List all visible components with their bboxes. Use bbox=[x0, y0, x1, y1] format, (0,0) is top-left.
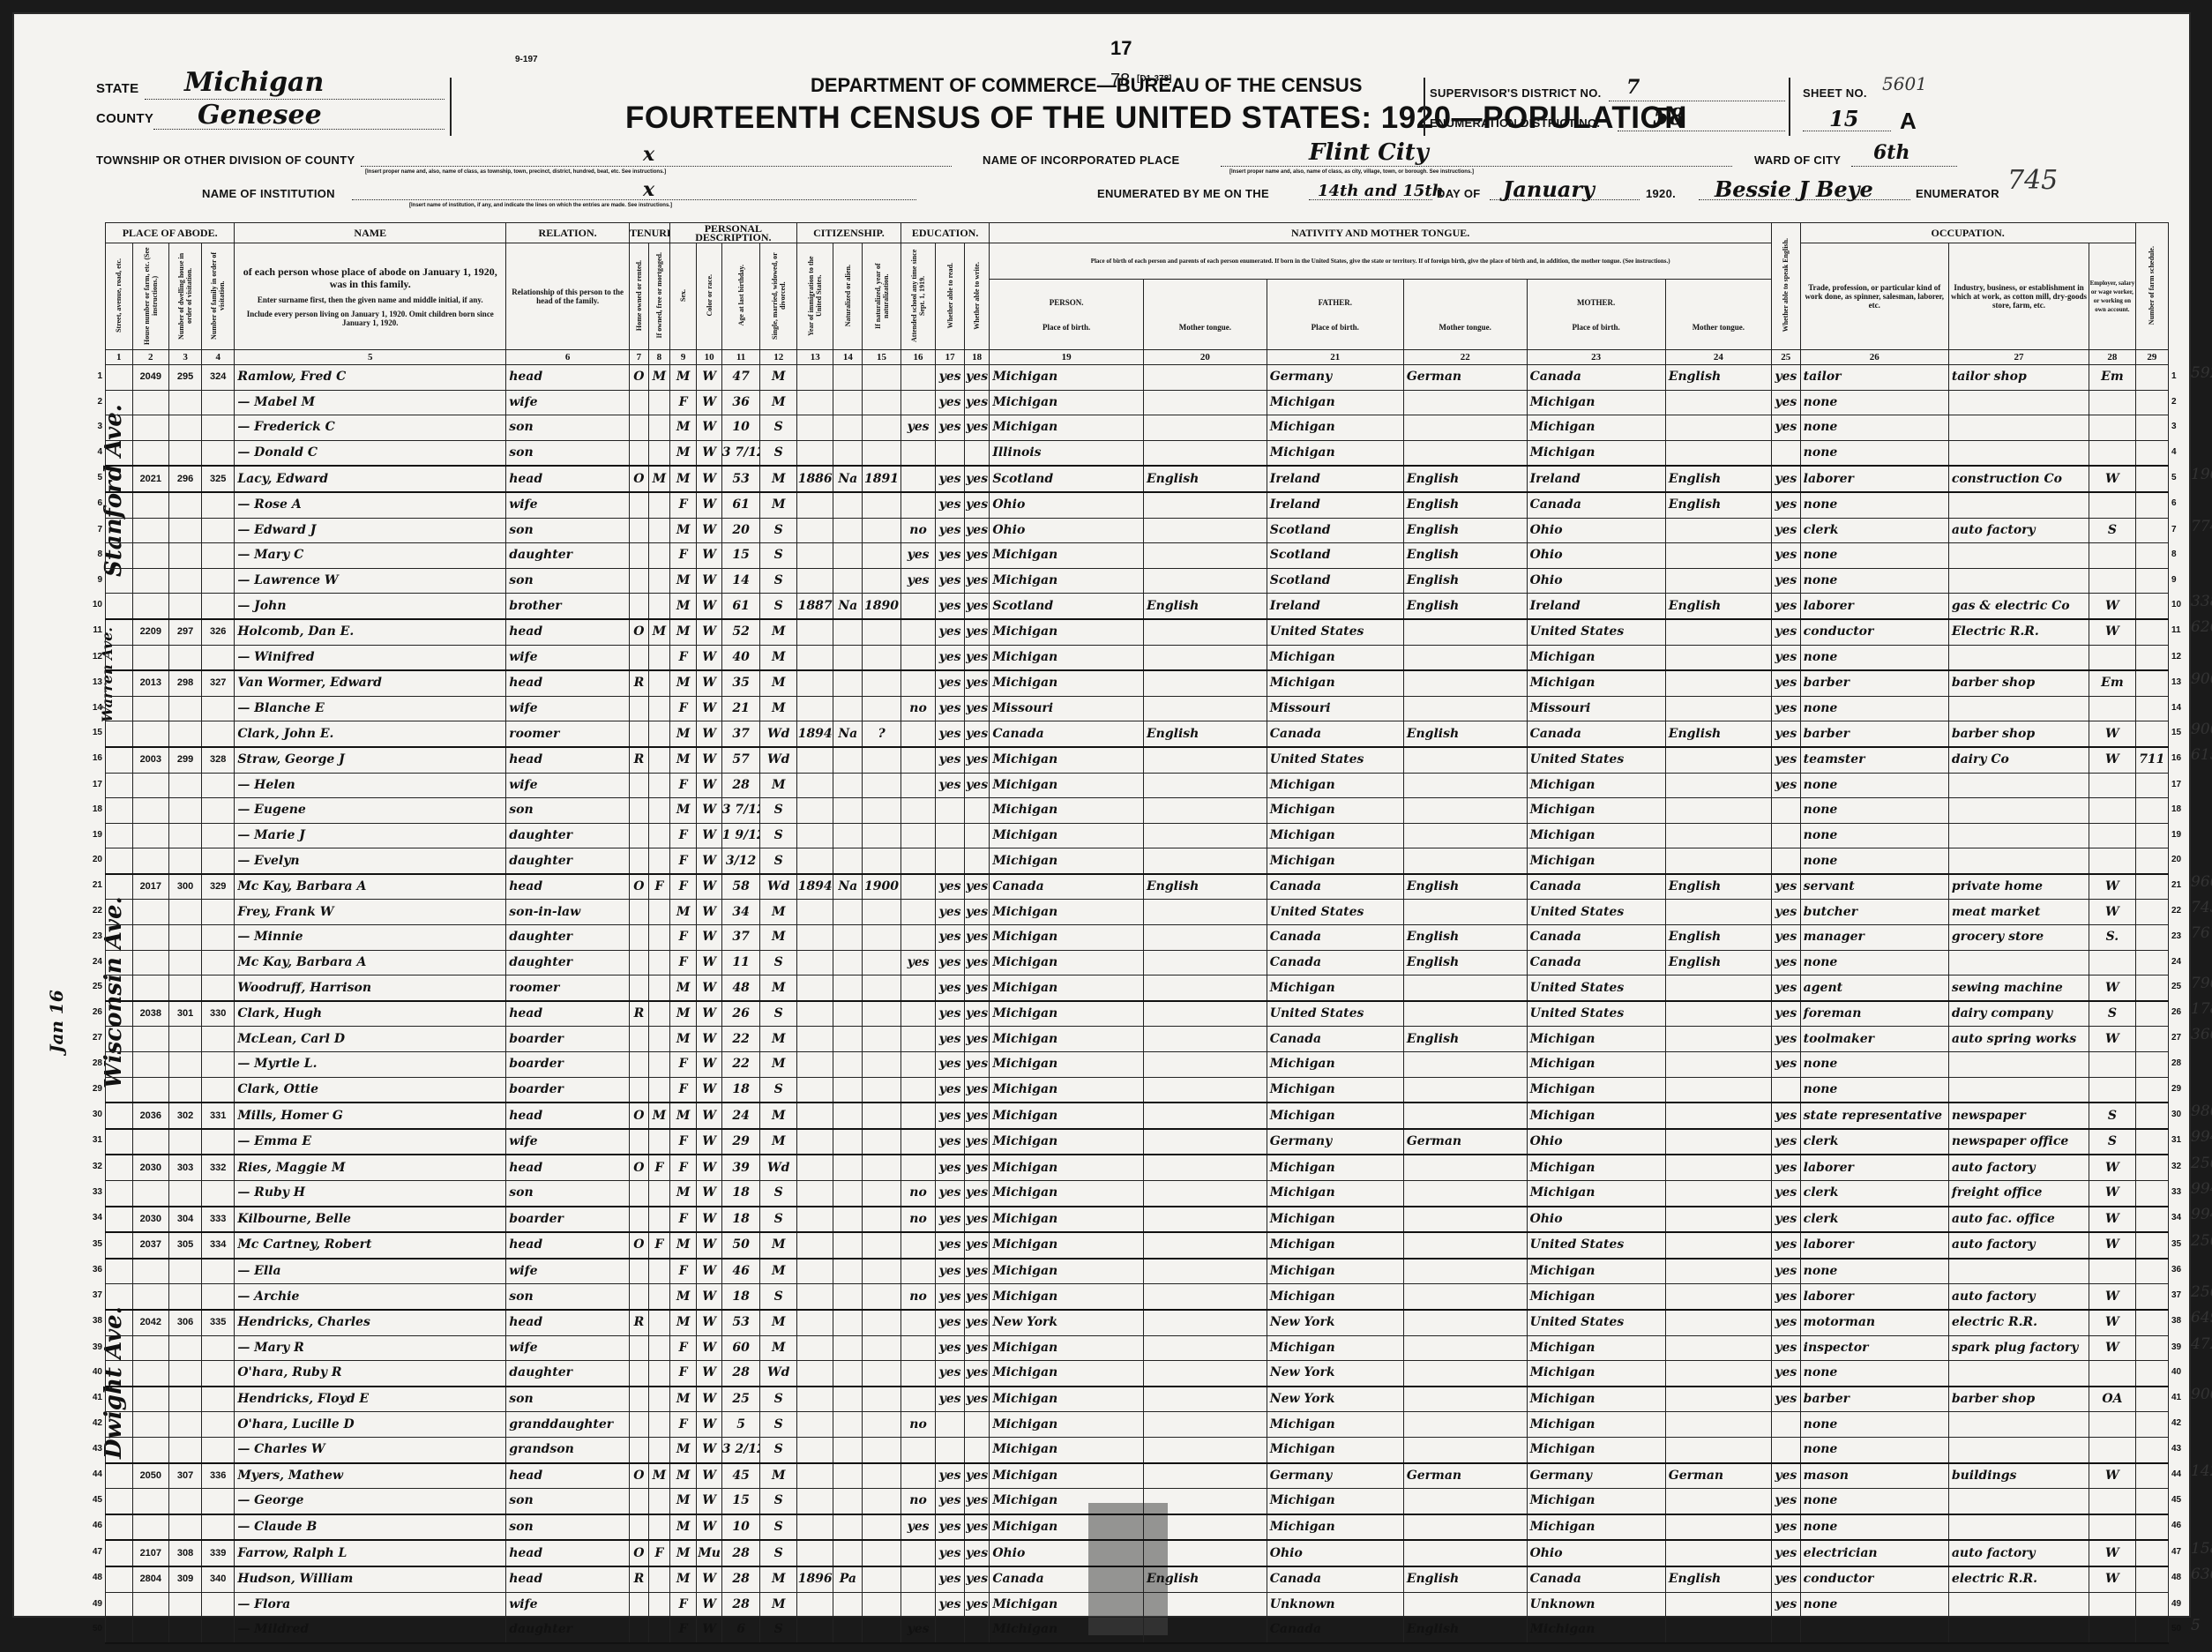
cell-trade: tailor bbox=[1800, 365, 1948, 391]
cell-imm bbox=[796, 1001, 833, 1027]
cell-marital: M bbox=[760, 619, 797, 645]
cell-industry bbox=[1948, 1489, 2089, 1514]
cell-f_tongue bbox=[1403, 848, 1527, 874]
cell-school bbox=[900, 721, 935, 747]
cell-age: 22 bbox=[721, 1027, 760, 1052]
cell-marital: M bbox=[760, 1129, 797, 1155]
cell-natyr bbox=[863, 1129, 901, 1155]
cell-f_pob: Michigan bbox=[1267, 1077, 1403, 1103]
cell-dwelling bbox=[169, 492, 202, 518]
cell-write: yes bbox=[964, 1335, 989, 1361]
cell-imm bbox=[796, 900, 833, 925]
cell-imm bbox=[796, 543, 833, 569]
cell-pob: Michigan bbox=[990, 1077, 1144, 1103]
cell-f_pob: Germany bbox=[1267, 1463, 1403, 1489]
cell-tenure bbox=[629, 1592, 648, 1618]
line-number-left: 32 bbox=[85, 1162, 102, 1171]
cell-m_pob: Michigan bbox=[1527, 1412, 1665, 1438]
cell-tongue bbox=[1144, 390, 1267, 415]
header-occupation: OCCUPATION. bbox=[1800, 223, 2135, 243]
cell-sex: M bbox=[669, 1310, 697, 1335]
enumerated-label: ENUMERATED BY ME ON THE bbox=[1097, 187, 1269, 200]
cell-relation: head bbox=[506, 365, 630, 391]
cell-f_tongue bbox=[1403, 1103, 1527, 1129]
cell-house bbox=[132, 440, 168, 466]
cell-tongue bbox=[1144, 1335, 1267, 1361]
cell-farm bbox=[2135, 1387, 2168, 1412]
cell-imm bbox=[796, 415, 833, 441]
cell-read: yes bbox=[936, 1284, 965, 1310]
cell-dwelling: 301 bbox=[169, 1001, 202, 1027]
cell-race: W bbox=[697, 950, 721, 976]
cell-relation: daughter bbox=[506, 1618, 630, 1643]
cell-read: yes bbox=[936, 1335, 965, 1361]
cell-industry: Electric R.R. bbox=[1948, 619, 2089, 645]
line-number-left: 47 bbox=[85, 1547, 102, 1557]
cell-relation: head bbox=[506, 670, 630, 696]
census-sheet: 17 9-197 STATE Michigan COUNTY Genesee D… bbox=[12, 12, 2191, 1618]
cell-f_tongue bbox=[1403, 900, 1527, 925]
cell-age: 39 bbox=[721, 1155, 760, 1180]
cell-m_pob: Ireland bbox=[1527, 594, 1665, 619]
cell-tongue bbox=[1144, 1232, 1267, 1259]
cell-f_tongue: English bbox=[1403, 518, 1527, 543]
cell-age: 20 bbox=[721, 518, 760, 543]
line-number-right: 27 bbox=[2171, 1033, 2193, 1043]
cell-read: yes bbox=[936, 1181, 965, 1207]
cell-m_tongue bbox=[1665, 747, 1771, 773]
cell-school bbox=[900, 1387, 935, 1412]
cell-farm bbox=[2135, 415, 2168, 441]
cell-dwelling bbox=[169, 773, 202, 798]
cell-school bbox=[900, 440, 935, 466]
cell-m_tongue bbox=[1665, 390, 1771, 415]
cell-nat: Na bbox=[833, 721, 863, 747]
line-number-left: 14 bbox=[85, 703, 102, 713]
cell-trade: none bbox=[1800, 1437, 1948, 1462]
cell-sex: F bbox=[669, 645, 697, 670]
cell-relation: wife bbox=[506, 645, 630, 670]
cell-f_pob: United States bbox=[1267, 900, 1403, 925]
institution-value: x bbox=[643, 176, 654, 203]
cell-relation: head bbox=[506, 1103, 630, 1129]
cell-natyr bbox=[863, 1387, 901, 1412]
cell-mortgage bbox=[648, 518, 669, 543]
cell-nat bbox=[833, 1155, 863, 1180]
cell-family bbox=[202, 900, 235, 925]
cell-f_tongue: English bbox=[1403, 950, 1527, 976]
cell-industry: barber shop bbox=[1948, 1387, 2089, 1412]
cell-imm bbox=[796, 1207, 833, 1233]
cell-marital: S bbox=[760, 1412, 797, 1438]
cell-nat bbox=[833, 1232, 863, 1259]
cell-age: 3 2/12 bbox=[721, 1437, 760, 1462]
cell-m_tongue bbox=[1665, 1387, 1771, 1412]
cell-tenure bbox=[629, 415, 648, 441]
cell-natyr bbox=[863, 543, 901, 569]
cell-f_pob: Canada bbox=[1267, 950, 1403, 976]
cell-industry bbox=[1948, 543, 2089, 569]
cell-english bbox=[1771, 798, 1800, 824]
cell-m_pob: Michigan bbox=[1527, 415, 1665, 441]
cell-family bbox=[202, 415, 235, 441]
cell-tongue bbox=[1144, 1387, 1267, 1412]
subheader-age: Age at last birthday. bbox=[721, 243, 760, 350]
line-number-right: 13 bbox=[2171, 677, 2193, 687]
pencil-code: 256 bbox=[2191, 1155, 2212, 1172]
cell-write: yes bbox=[964, 466, 989, 492]
form-code: [D1-378] bbox=[1137, 74, 1171, 84]
cell-street bbox=[106, 1207, 133, 1233]
cell-mortgage bbox=[648, 1514, 669, 1541]
cell-mortgage: M bbox=[648, 365, 669, 391]
line-number-left: 13 bbox=[85, 677, 102, 687]
cell-street bbox=[106, 1387, 133, 1412]
cell-pob: Michigan bbox=[990, 1155, 1144, 1180]
table-row: — Blanche EwifeFW21MnoyesyesMissouriMiss… bbox=[106, 696, 2169, 721]
cell-mortgage bbox=[648, 1361, 669, 1387]
cell-m_tongue bbox=[1665, 848, 1771, 874]
cell-f_pob: New York bbox=[1267, 1387, 1403, 1412]
cell-tenure: R bbox=[629, 1001, 648, 1027]
cell-relation: head bbox=[506, 1001, 630, 1027]
cell-age: 35 bbox=[721, 670, 760, 696]
cell-class bbox=[2089, 1592, 2135, 1618]
cell-farm bbox=[2135, 645, 2168, 670]
cell-relation: head bbox=[506, 1540, 630, 1566]
cell-marital: S bbox=[760, 1207, 797, 1233]
cell-write: yes bbox=[964, 925, 989, 951]
cell-mortgage bbox=[648, 823, 669, 848]
cell-nat bbox=[833, 543, 863, 569]
cell-school: no bbox=[900, 1207, 935, 1233]
column-number: 24 bbox=[1665, 350, 1771, 365]
cell-tenure bbox=[629, 543, 648, 569]
subheader-father-birthplace: FATHER.Place of birth. bbox=[1267, 280, 1403, 350]
cell-sex: M bbox=[669, 976, 697, 1001]
cell-sex: M bbox=[669, 1027, 697, 1052]
cell-f_tongue bbox=[1403, 798, 1527, 824]
cell-race: W bbox=[697, 670, 721, 696]
cell-read: yes bbox=[936, 619, 965, 645]
cell-trade: conductor bbox=[1800, 1566, 1948, 1592]
cell-relation: brother bbox=[506, 594, 630, 619]
cell-relation: head bbox=[506, 1155, 630, 1180]
column-number: 19 bbox=[990, 350, 1144, 365]
cell-m_pob: Michigan bbox=[1527, 645, 1665, 670]
cell-english: yes bbox=[1771, 365, 1800, 391]
cell-tenure: O bbox=[629, 1155, 648, 1180]
cell-imm bbox=[796, 1129, 833, 1155]
cell-trade: butcher bbox=[1800, 900, 1948, 925]
cell-industry: construction Co bbox=[1948, 466, 2089, 492]
cell-m_tongue bbox=[1665, 1259, 1771, 1284]
cell-f_tongue: German bbox=[1403, 1463, 1527, 1489]
cell-street bbox=[106, 568, 133, 594]
cell-mortgage bbox=[648, 1181, 669, 1207]
header-tenure: TENURE. bbox=[629, 223, 669, 243]
cell-marital: M bbox=[760, 925, 797, 951]
cell-imm bbox=[796, 1412, 833, 1438]
cell-house: 2050 bbox=[132, 1463, 168, 1489]
subheader-father-tongue: Mother tongue. bbox=[1403, 280, 1527, 350]
cell-read: yes bbox=[936, 1387, 965, 1412]
enumerated-days: 14th and 15th bbox=[1318, 178, 1444, 205]
pencil-code: 196 bbox=[2191, 466, 2212, 483]
cell-class bbox=[2089, 415, 2135, 441]
line-number-right: 50 bbox=[2171, 1624, 2193, 1633]
cell-natyr bbox=[863, 568, 901, 594]
cell-industry bbox=[1948, 773, 2089, 798]
cell-race: W bbox=[697, 365, 721, 391]
cell-relation: wife bbox=[506, 492, 630, 518]
cell-pob: Michigan bbox=[990, 1129, 1144, 1155]
cell-pob: Ohio bbox=[990, 492, 1144, 518]
cell-name: — Winifred bbox=[235, 645, 506, 670]
cell-race: W bbox=[697, 1284, 721, 1310]
cell-industry: tailor shop bbox=[1948, 365, 2089, 391]
column-number: 20 bbox=[1144, 350, 1267, 365]
cell-farm bbox=[2135, 1514, 2168, 1541]
cell-write: yes bbox=[964, 1207, 989, 1233]
cell-m_pob: United States bbox=[1527, 619, 1665, 645]
subheader-family-number: Number of family in order of visitation. bbox=[202, 243, 235, 350]
cell-school: no bbox=[900, 1284, 935, 1310]
cell-age: 37 bbox=[721, 721, 760, 747]
cell-tenure bbox=[629, 1514, 648, 1541]
cell-class bbox=[2089, 1361, 2135, 1387]
cell-imm: 1896 bbox=[796, 1566, 833, 1592]
column-number: 18 bbox=[964, 350, 989, 365]
cell-school bbox=[900, 1592, 935, 1618]
cell-m_tongue bbox=[1665, 1103, 1771, 1129]
cell-class: Em bbox=[2089, 670, 2135, 696]
cell-m_tongue bbox=[1665, 440, 1771, 466]
cell-industry bbox=[1948, 1618, 2089, 1643]
cell-imm bbox=[796, 1259, 833, 1284]
cell-name: O'hara, Lucille D bbox=[235, 1412, 506, 1438]
cell-m_pob: Michigan bbox=[1527, 1335, 1665, 1361]
cell-name: — Blanche E bbox=[235, 696, 506, 721]
ward-label: WARD OF CITY bbox=[1754, 153, 1841, 167]
cell-f_pob: Michigan bbox=[1267, 1335, 1403, 1361]
cell-nat bbox=[833, 1001, 863, 1027]
cell-m_pob: Michigan bbox=[1527, 1284, 1665, 1310]
cell-natyr bbox=[863, 1181, 901, 1207]
cell-street bbox=[106, 950, 133, 976]
cell-farm bbox=[2135, 440, 2168, 466]
cell-dwelling: 303 bbox=[169, 1155, 202, 1180]
cell-dwelling bbox=[169, 440, 202, 466]
cell-m_tongue: English bbox=[1665, 365, 1771, 391]
cell-english: yes bbox=[1771, 874, 1800, 900]
line-number-right: 2 bbox=[2171, 397, 2193, 407]
cell-industry bbox=[1948, 848, 2089, 874]
top-mark: 17 bbox=[1110, 37, 1132, 60]
cell-pob: Michigan bbox=[990, 365, 1144, 391]
cell-tongue bbox=[1144, 1592, 1267, 1618]
cell-farm bbox=[2135, 619, 2168, 645]
cell-f_pob: Michigan bbox=[1267, 1437, 1403, 1462]
cell-m_pob: Unknown bbox=[1527, 1592, 1665, 1618]
cell-nat bbox=[833, 1259, 863, 1284]
cell-house: 2003 bbox=[132, 747, 168, 773]
cell-m_tongue: English bbox=[1665, 874, 1771, 900]
cell-age: 3 7/12 bbox=[721, 798, 760, 824]
cell-farm bbox=[2135, 1310, 2168, 1335]
pencil-code: 994 bbox=[2191, 1180, 2212, 1198]
line-number-left: 40 bbox=[85, 1367, 102, 1377]
subheader-house-number: House number or farm, etc. (See instruct… bbox=[132, 243, 168, 350]
cell-m_tongue: English bbox=[1665, 721, 1771, 747]
cell-relation: head bbox=[506, 747, 630, 773]
table-row: — Ruby HsonMW18SnoyesyesMichiganMichigan… bbox=[106, 1181, 2169, 1207]
cell-tenure bbox=[629, 492, 648, 518]
cell-house: 2804 bbox=[132, 1566, 168, 1592]
cell-class: S bbox=[2089, 1001, 2135, 1027]
cell-pob: Michigan bbox=[990, 1412, 1144, 1438]
cell-name: — Lawrence W bbox=[235, 568, 506, 594]
cell-english: yes bbox=[1771, 1540, 1800, 1566]
line-number-right: 42 bbox=[2171, 1418, 2193, 1428]
cell-marital: M bbox=[760, 1027, 797, 1052]
county-value: Genesee bbox=[198, 102, 322, 129]
cell-english: yes bbox=[1771, 1129, 1800, 1155]
cell-english: yes bbox=[1771, 1232, 1800, 1259]
cell-farm bbox=[2135, 696, 2168, 721]
cell-f_tongue: English bbox=[1403, 1618, 1527, 1643]
cell-relation: wife bbox=[506, 1259, 630, 1284]
cell-english: yes bbox=[1771, 415, 1800, 441]
subheader-mother-birthplace: MOTHER.Place of birth. bbox=[1527, 280, 1665, 350]
line-number-left: 25 bbox=[85, 982, 102, 991]
cell-marital: S bbox=[760, 415, 797, 441]
cell-write bbox=[964, 1437, 989, 1462]
line-number-right: 47 bbox=[2171, 1547, 2193, 1557]
sheet-value: 15 bbox=[1829, 106, 1858, 132]
cell-pob: Canada bbox=[990, 721, 1144, 747]
cell-natyr bbox=[863, 773, 901, 798]
cell-class: W bbox=[2089, 1463, 2135, 1489]
column-number: 5 bbox=[235, 350, 506, 365]
cell-m_pob: Michigan bbox=[1527, 1155, 1665, 1180]
cell-write: yes bbox=[964, 390, 989, 415]
cell-relation: wife bbox=[506, 390, 630, 415]
cell-sex: F bbox=[669, 848, 697, 874]
cell-farm bbox=[2135, 1232, 2168, 1259]
cell-house bbox=[132, 1437, 168, 1462]
cell-industry bbox=[1948, 415, 2089, 441]
cell-age: 52 bbox=[721, 619, 760, 645]
cell-race: W bbox=[697, 721, 721, 747]
cell-f_pob: Germany bbox=[1267, 365, 1403, 391]
cell-trade: laborer bbox=[1800, 1232, 1948, 1259]
cell-mortgage bbox=[648, 1489, 669, 1514]
cell-farm bbox=[2135, 543, 2168, 569]
line-number-left: 36 bbox=[85, 1265, 102, 1275]
line-number-right: 7 bbox=[2171, 525, 2193, 534]
cell-name: Clark, Hugh bbox=[235, 1001, 506, 1027]
cell-farm bbox=[2135, 1437, 2168, 1462]
cell-race: W bbox=[697, 1514, 721, 1541]
cell-relation: son bbox=[506, 1181, 630, 1207]
column-number: 10 bbox=[697, 350, 721, 365]
cell-street bbox=[106, 1129, 133, 1155]
cell-trade: none bbox=[1800, 1489, 1948, 1514]
cell-industry: freight office bbox=[1948, 1181, 2089, 1207]
cell-pob: Michigan bbox=[990, 1027, 1144, 1052]
cell-industry bbox=[1948, 823, 2089, 848]
cell-imm bbox=[796, 1540, 833, 1566]
cell-write: yes bbox=[964, 1129, 989, 1155]
cell-mortgage: F bbox=[648, 1540, 669, 1566]
cell-house bbox=[132, 568, 168, 594]
cell-farm bbox=[2135, 1335, 2168, 1361]
cell-sex: M bbox=[669, 1284, 697, 1310]
cell-name: Ries, Maggie M bbox=[235, 1155, 506, 1180]
cell-street bbox=[106, 1181, 133, 1207]
township-label: TOWNSHIP OR OTHER DIVISION OF COUNTY bbox=[96, 153, 355, 167]
cell-tongue bbox=[1144, 1181, 1267, 1207]
cell-family: 336 bbox=[202, 1463, 235, 1489]
cell-english: yes bbox=[1771, 900, 1800, 925]
cell-sex: M bbox=[669, 1489, 697, 1514]
cell-family bbox=[202, 696, 235, 721]
cell-english bbox=[1771, 1437, 1800, 1462]
township-value: x bbox=[643, 141, 654, 168]
cell-tenure: O bbox=[629, 365, 648, 391]
cell-f_pob: Michigan bbox=[1267, 670, 1403, 696]
cell-house bbox=[132, 1592, 168, 1618]
cell-english: yes bbox=[1771, 1284, 1800, 1310]
cell-trade: motorman bbox=[1800, 1310, 1948, 1335]
line-number-left: 28 bbox=[85, 1058, 102, 1068]
cell-write: yes bbox=[964, 1001, 989, 1027]
cell-dwelling bbox=[169, 1052, 202, 1078]
column-number: 6 bbox=[506, 350, 630, 365]
cell-m_tongue bbox=[1665, 1335, 1771, 1361]
cell-pob: Michigan bbox=[990, 900, 1144, 925]
pencil-code: 994 bbox=[2191, 1206, 2212, 1223]
cell-trade: laborer bbox=[1800, 594, 1948, 619]
cell-industry: electric R.R. bbox=[1948, 1310, 2089, 1335]
cell-trade: none bbox=[1800, 1514, 1948, 1541]
table-row: — Donald CsonMW3 7/12SIllinoisMichiganMi… bbox=[106, 440, 2169, 466]
cell-name: — Flora bbox=[235, 1592, 506, 1618]
cell-street bbox=[106, 1155, 133, 1180]
cell-family bbox=[202, 518, 235, 543]
cell-natyr bbox=[863, 415, 901, 441]
cell-mortgage bbox=[648, 1129, 669, 1155]
cell-imm bbox=[796, 1489, 833, 1514]
line-number-left: 41 bbox=[85, 1393, 102, 1402]
cell-dwelling bbox=[169, 1077, 202, 1103]
cell-write: yes bbox=[964, 1489, 989, 1514]
cell-race: W bbox=[697, 1129, 721, 1155]
cell-nat: Na bbox=[833, 466, 863, 492]
cell-write: yes bbox=[964, 950, 989, 976]
line-number-right: 37 bbox=[2171, 1290, 2193, 1300]
column-number: 28 bbox=[2089, 350, 2135, 365]
cell-race: W bbox=[697, 466, 721, 492]
cell-imm: 1886 bbox=[796, 466, 833, 492]
cell-tongue: English bbox=[1144, 594, 1267, 619]
cell-tongue bbox=[1144, 670, 1267, 696]
cell-nat bbox=[833, 696, 863, 721]
line-number-right: 16 bbox=[2171, 753, 2193, 763]
cell-school bbox=[900, 1335, 935, 1361]
cell-age: 28 bbox=[721, 1592, 760, 1618]
